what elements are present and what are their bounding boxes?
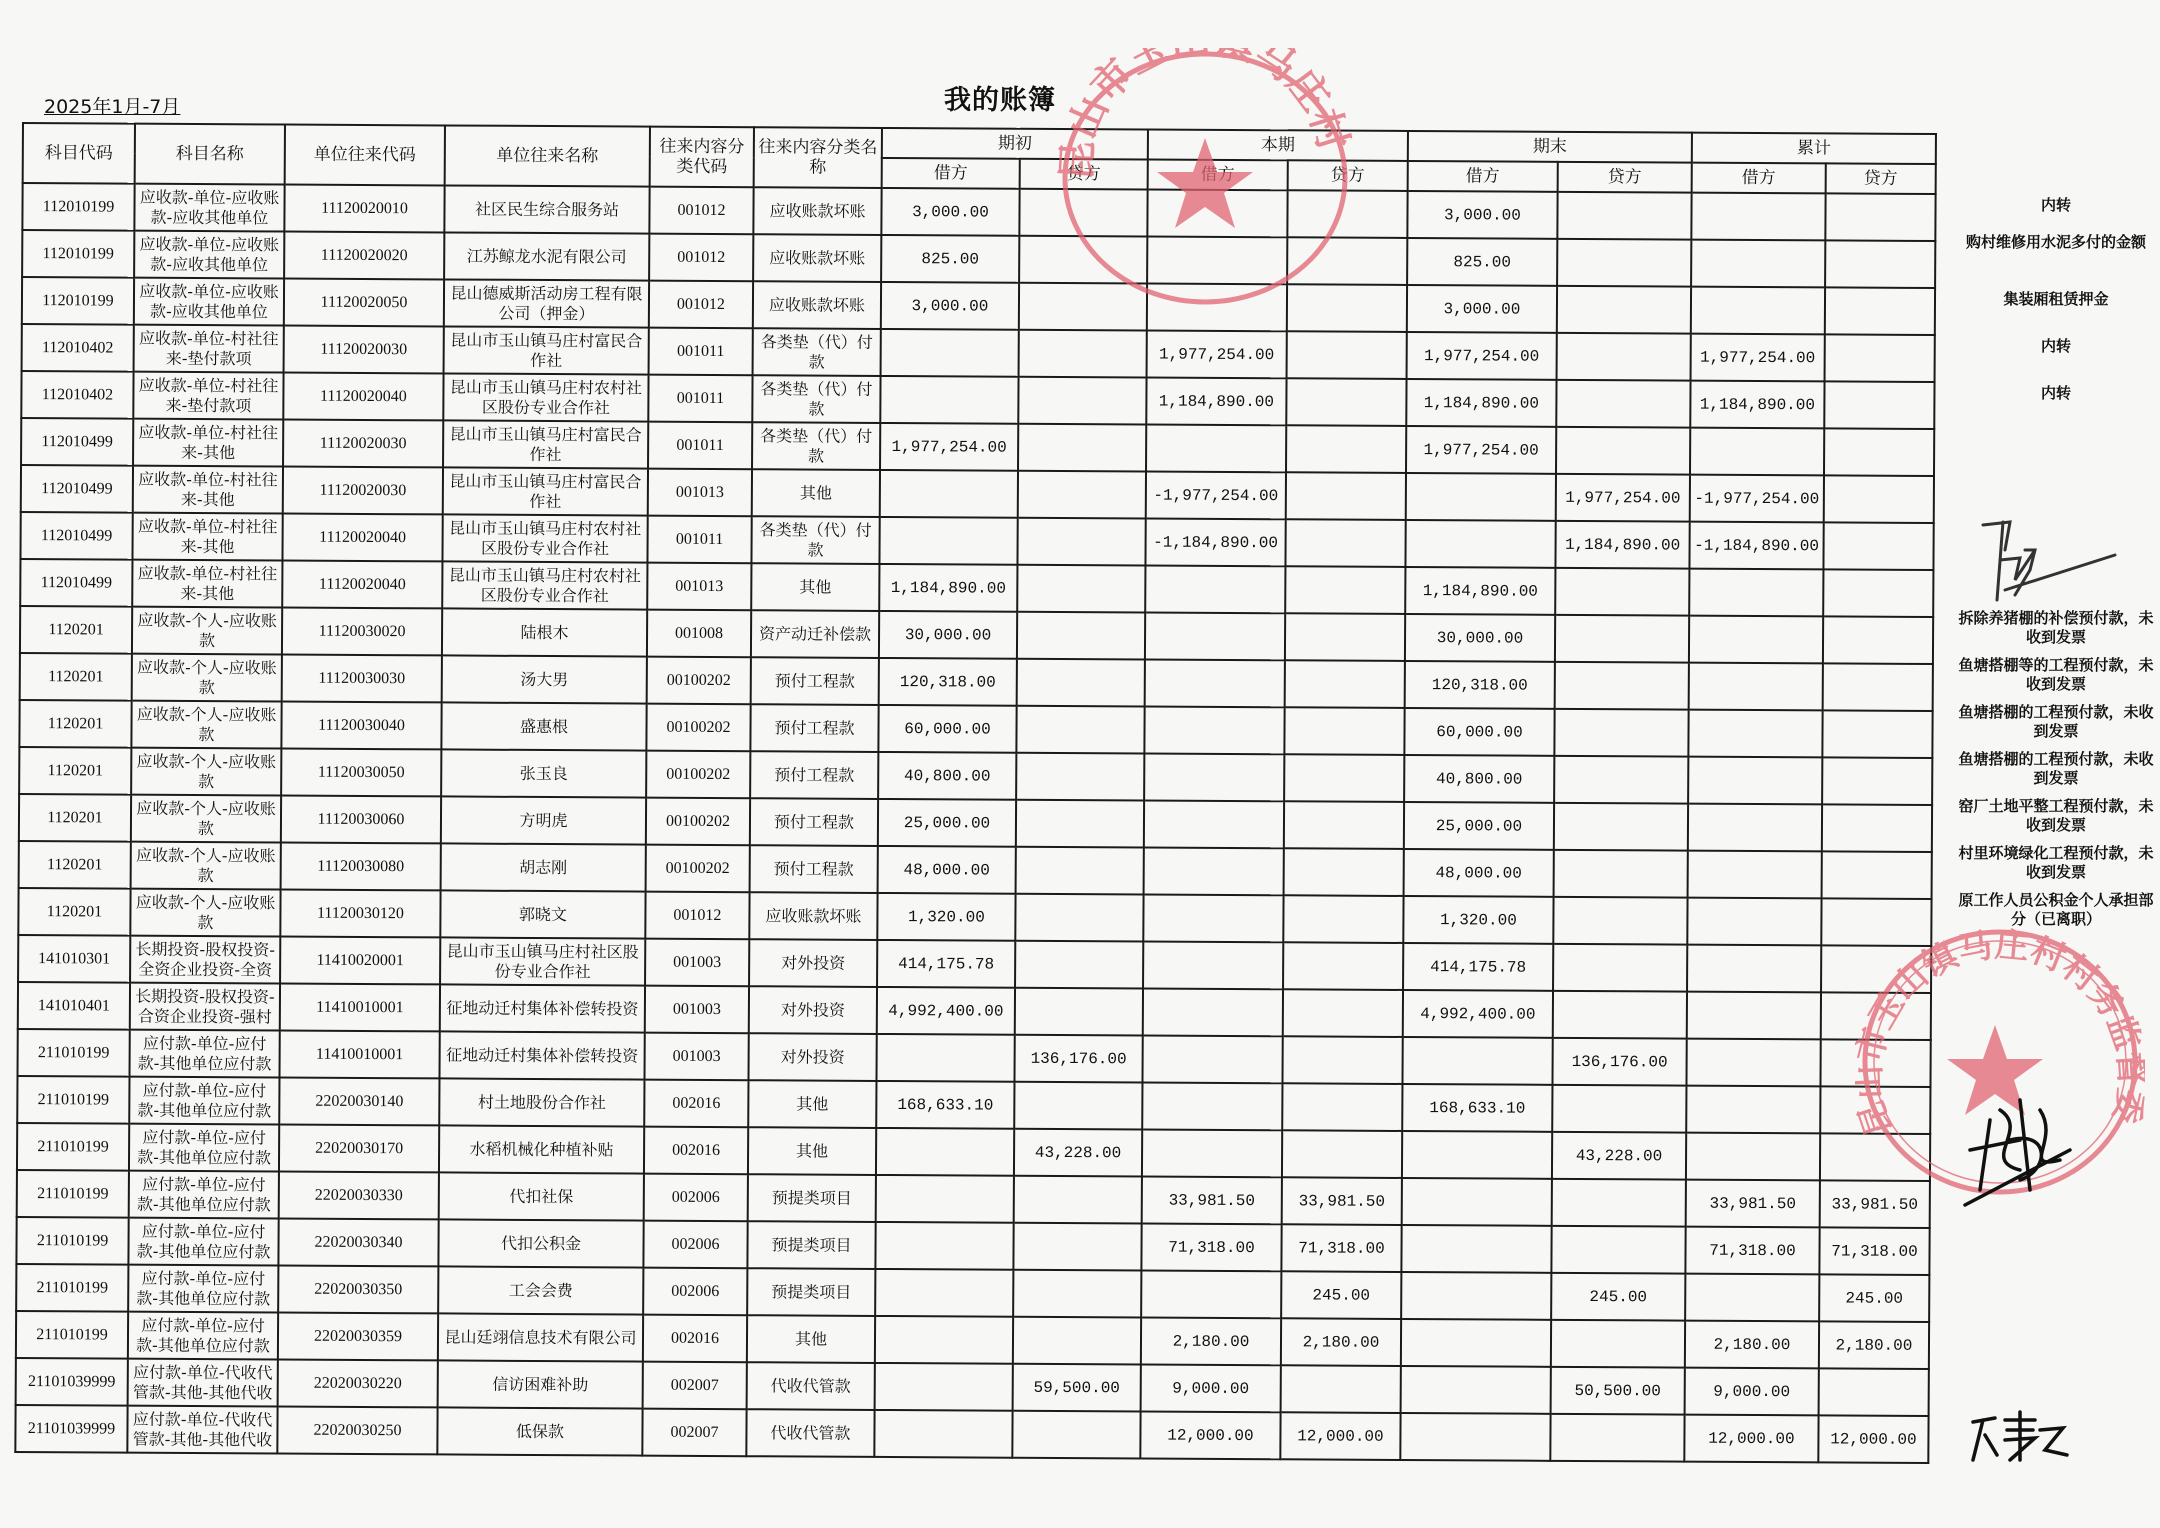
subject-code-cell: 211010199 [16, 1217, 128, 1265]
current-debit-cell: 1,184,890.00 [1146, 377, 1286, 425]
unit-code-cell: 22020030250 [277, 1406, 437, 1454]
closing-debit-cell: 60,000.00 [1404, 708, 1554, 756]
unit-code-cell: 11120020040 [282, 561, 442, 609]
opening-debit-cell: 60,000.00 [878, 705, 1016, 753]
opening-credit-cell [1013, 1270, 1141, 1318]
unit-name-cell: 社区民生综合服务站 [444, 185, 649, 233]
closing-credit-cell: 245.00 [1551, 1273, 1685, 1321]
current-credit-cell [1287, 331, 1407, 379]
subject-code-cell: 112010499 [20, 559, 132, 607]
subject-code-cell: 1120201 [19, 747, 131, 795]
category-code-cell: 001011 [647, 516, 751, 564]
cumulative-credit-cell [1823, 663, 1933, 711]
category-code-cell: 002006 [643, 1221, 747, 1269]
closing-debit-cell: 1,184,890.00 [1405, 567, 1555, 615]
subject-name-cell: 应付款-单位-应付款-其他单位应付款 [130, 1030, 280, 1078]
closing-credit-cell: 136,176.00 [1552, 1038, 1686, 1086]
unit-name-cell: 昆山市玉山镇马庄村富民合作社 [443, 467, 648, 515]
unit-code-cell: 22020030220 [278, 1359, 438, 1407]
cumulative-credit-cell [1823, 616, 1933, 664]
unit-code-cell: 22020030359 [278, 1312, 438, 1360]
closing-credit-cell [1554, 803, 1688, 851]
closing-credit-cell [1551, 1226, 1685, 1274]
current-credit-cell [1282, 1083, 1402, 1131]
subject-name-cell: 应收款-单位-应收账款-应收其他单位 [134, 231, 284, 279]
closing-credit-cell [1557, 239, 1691, 287]
subject-code-cell: 21101039999 [16, 1358, 128, 1406]
cumulative-debit-cell [1687, 945, 1821, 993]
unit-name-cell: 昆山市玉山镇马庄村富民合作社 [443, 420, 648, 468]
category-name-cell: 各类垫（代）付款 [752, 375, 880, 423]
subject-name-cell: 长期投资-股权投资-全资企业投资-全资 [130, 936, 280, 984]
category-code-cell: 002007 [642, 1409, 746, 1457]
current-credit-cell [1282, 1130, 1402, 1178]
opening-credit-cell [1016, 706, 1144, 754]
unit-code-cell: 11120030030 [282, 655, 442, 703]
category-name-cell: 应收账款坏账 [753, 187, 881, 235]
header-unit-name: 单位往来名称 [445, 125, 650, 186]
closing-credit-cell [1554, 709, 1688, 757]
current-debit-cell [1142, 1035, 1282, 1083]
current-credit-cell [1285, 660, 1405, 708]
opening-debit-cell: 1,977,254.00 [880, 423, 1018, 471]
closing-credit-cell [1554, 756, 1688, 804]
remark-note: 鱼塘搭棚的工程预付款，未收到发票 [1956, 750, 2156, 788]
current-debit-cell: 71,318.00 [1141, 1223, 1281, 1271]
header-subject-code: 科目代码 [23, 123, 135, 184]
unit-code-cell: 11120030080 [281, 843, 441, 891]
unit-code-cell: 11120020030 [283, 420, 443, 468]
subject-name-cell: 应付款-单位-代收代管款-其他-其他代收 [128, 1359, 278, 1407]
closing-debit-cell: 120,318.00 [1405, 661, 1555, 709]
subject-code-cell: 1120201 [19, 700, 131, 748]
closing-debit-cell: 1,320.00 [1403, 896, 1553, 944]
ledger-table: 科目代码 科目名称 单位往来代码 单位往来名称 往来内容分类代码 往来内容分类名… [14, 122, 1937, 1464]
category-code-cell: 001003 [645, 986, 749, 1034]
remark-note: 购村维修用水泥多付的金额 [1956, 233, 2156, 252]
remark-note: 村里环境绿化工程预付款，未收到发票 [1956, 844, 2156, 882]
opening-debit-cell: 1,184,890.00 [879, 564, 1017, 612]
cumulative-credit-cell [1822, 757, 1932, 805]
subject-code-cell: 112010499 [21, 465, 133, 513]
closing-credit-cell: 50,500.00 [1551, 1367, 1685, 1415]
category-code-cell: 002016 [643, 1315, 747, 1363]
current-debit-cell [1144, 706, 1284, 754]
opening-debit-cell [876, 1128, 1014, 1176]
subject-name-cell: 应收款-单位-应收账款-应收其他单位 [134, 184, 284, 232]
cumulative-debit-cell [1689, 616, 1823, 664]
cumulative-credit-cell [1823, 522, 1933, 570]
current-credit-cell: 12,000.00 [1280, 1412, 1400, 1460]
subject-code-cell: 211010199 [17, 1170, 129, 1218]
cumulative-credit-cell [1821, 992, 1931, 1040]
cumulative-debit-cell [1687, 898, 1821, 946]
opening-credit-cell [1012, 1411, 1140, 1459]
category-code-cell: 001013 [647, 563, 751, 611]
cumulative-debit-cell: 2,180.00 [1685, 1321, 1819, 1369]
current-credit-cell [1282, 1036, 1402, 1084]
closing-debit-cell: 825.00 [1407, 238, 1557, 286]
current-credit-cell: 71,318.00 [1281, 1224, 1401, 1272]
closing-debit-cell: 1,184,890.00 [1406, 379, 1556, 427]
subject-code-cell: 112010402 [22, 324, 134, 372]
opening-debit-cell [880, 376, 1018, 424]
cumulative-credit-cell [1820, 1133, 1930, 1181]
unit-code-cell: 11120020040 [283, 373, 443, 421]
unit-code-cell: 11120030020 [282, 608, 442, 656]
category-name-cell: 预提类项目 [747, 1268, 875, 1316]
closing-credit-cell [1556, 427, 1690, 475]
unit-name-cell: 代扣公积金 [438, 1219, 643, 1267]
unit-code-cell: 11120020050 [284, 279, 444, 327]
subject-name-cell: 应收款-个人-应收账款 [132, 607, 282, 655]
opening-debit-cell [879, 517, 1017, 565]
cumulative-debit-cell [1687, 992, 1821, 1040]
subject-code-cell: 211010199 [18, 1029, 130, 1077]
category-code-cell: 00100202 [646, 798, 750, 846]
opening-debit-cell [875, 1269, 1013, 1317]
current-debit-cell [1142, 1082, 1282, 1130]
category-name-cell: 其他 [751, 563, 879, 611]
remark-note: 拆除养猪棚的补偿预付款，未收到发票 [1956, 609, 2156, 647]
cumulative-credit-cell [1819, 1368, 1929, 1416]
opening-credit-cell [1016, 800, 1144, 848]
cumulative-credit-cell [1825, 334, 1935, 382]
current-debit-cell: 12,000.00 [1140, 1411, 1280, 1459]
unit-name-cell: 昆山市玉山镇马庄村社区股份专业合作社 [440, 937, 645, 985]
unit-name-cell: 昆山市玉山镇马庄村富民合作社 [444, 326, 649, 374]
header-current-debit: 借方 [1148, 159, 1288, 190]
unit-code-cell: 22020030170 [279, 1124, 439, 1172]
opening-credit-cell [1016, 753, 1144, 801]
cumulative-credit-cell [1823, 569, 1933, 617]
current-credit-cell [1286, 472, 1406, 520]
unit-name-cell: 昆山德威斯活动房工程有限公司（押金） [444, 279, 649, 327]
unit-code-cell: 11120030060 [281, 796, 441, 844]
unit-name-cell: 陆根木 [442, 608, 647, 656]
subject-name-cell: 应付款-单位-代收代管款-其他-其他代收 [127, 1406, 277, 1454]
current-debit-cell: 2,180.00 [1141, 1317, 1281, 1365]
cumulative-credit-cell [1825, 193, 1935, 241]
remark-note: 鱼塘搭棚的工程预付款，未收到发票 [1956, 703, 2156, 741]
cumulative-credit-cell: 12,000.00 [1818, 1415, 1928, 1463]
category-name-cell: 预提类项目 [747, 1221, 875, 1269]
unit-name-cell: 昆山市玉山镇马庄村农村社区股份专业合作社 [442, 514, 647, 562]
cumulative-debit-cell: -1,184,890.00 [1689, 522, 1823, 570]
category-code-cell: 00100202 [646, 704, 750, 752]
opening-debit-cell [875, 1316, 1013, 1364]
unit-code-cell: 11120020040 [282, 514, 442, 562]
opening-debit-cell [875, 1222, 1013, 1270]
current-debit-cell [1144, 847, 1284, 895]
closing-debit-cell [1402, 1178, 1552, 1226]
subject-name-cell: 应收款-单位-村社往来-垫付款项 [134, 325, 284, 373]
category-name-cell: 预付工程款 [750, 704, 878, 752]
current-credit-cell [1284, 801, 1404, 849]
closing-credit-cell [1555, 568, 1689, 616]
current-debit-cell: 33,981.50 [1142, 1176, 1282, 1224]
current-debit-cell: 1,977,254.00 [1147, 330, 1287, 378]
current-debit-cell [1143, 988, 1283, 1036]
opening-debit-cell: 25,000.00 [878, 799, 1016, 847]
subject-name-cell: 应付款-单位-应付款-其他单位应付款 [129, 1077, 279, 1125]
subject-code-cell: 211010199 [16, 1264, 128, 1312]
current-debit-cell [1142, 1129, 1282, 1177]
cumulative-debit-cell [1691, 287, 1825, 335]
cumulative-credit-cell [1824, 381, 1934, 429]
closing-debit-cell: 3,000.00 [1407, 285, 1557, 333]
category-code-cell: 001012 [645, 892, 749, 940]
category-name-cell: 各类垫（代）付款 [753, 328, 881, 376]
unit-name-cell: 郭晓文 [440, 890, 645, 938]
cumulative-credit-cell [1822, 804, 1932, 852]
current-credit-cell [1283, 989, 1403, 1037]
closing-debit-cell: 25,000.00 [1404, 802, 1554, 850]
header-closing-credit: 贷方 [1558, 162, 1692, 193]
closing-credit-cell: 43,228.00 [1552, 1132, 1686, 1180]
subject-code-cell: 1120201 [19, 841, 131, 889]
category-name-cell: 应收账款坏账 [749, 892, 877, 940]
ledger-body: 112010199应收款-单位-应收账款-应收其他单位11120020010社区… [15, 183, 1935, 1463]
subject-name-cell: 长期投资-股权投资-合资企业投资-强村 [130, 983, 280, 1031]
current-debit-cell [1141, 1270, 1281, 1318]
opening-credit-cell [1015, 988, 1143, 1036]
unit-name-cell: 代扣社保 [439, 1172, 644, 1220]
subject-name-cell: 应收款-单位-村社往来-其他 [132, 513, 282, 561]
current-debit-cell: -1,184,890.00 [1145, 518, 1285, 566]
category-code-cell: 001008 [647, 610, 751, 658]
subject-name-cell: 应收款-个人-应收账款 [130, 889, 280, 937]
remark-note: 集装厢租赁押金 [1956, 290, 2156, 309]
unit-code-cell: 11120030040 [281, 702, 441, 750]
header-category-code: 往来内容分类代码 [650, 127, 754, 188]
opening-credit-cell [1015, 941, 1143, 989]
opening-debit-cell [876, 1175, 1014, 1223]
opening-debit-cell [880, 470, 1018, 518]
current-credit-cell [1284, 754, 1404, 802]
category-name-cell: 其他 [748, 1127, 876, 1175]
category-code-cell: 00100202 [646, 751, 750, 799]
opening-credit-cell [1019, 330, 1147, 378]
category-code-cell: 00100202 [646, 845, 750, 893]
unit-code-cell: 22020030330 [279, 1171, 439, 1219]
closing-credit-cell [1551, 1320, 1685, 1368]
closing-debit-cell: 3,000.00 [1407, 191, 1557, 239]
current-debit-cell [1147, 236, 1287, 284]
current-debit-cell [1143, 941, 1283, 989]
current-credit-cell [1285, 566, 1405, 614]
cumulative-debit-cell [1691, 240, 1825, 288]
opening-debit-cell: 825.00 [881, 235, 1019, 283]
opening-credit-cell [1013, 1223, 1141, 1271]
unit-name-cell: 征地动迁村集体补偿转投资 [440, 984, 645, 1032]
subject-name-cell: 应收款-个人-应收账款 [132, 654, 282, 702]
current-credit-cell: 33,981.50 [1282, 1177, 1402, 1225]
current-debit-cell [1143, 894, 1283, 942]
opening-credit-cell [1014, 1176, 1142, 1224]
subject-code-cell: 112010199 [22, 183, 134, 231]
current-credit-cell: 245.00 [1281, 1271, 1401, 1319]
cumulative-debit-cell [1688, 851, 1822, 899]
opening-debit-cell: 3,000.00 [881, 188, 1019, 236]
closing-credit-cell [1555, 662, 1689, 710]
closing-credit-cell [1550, 1414, 1684, 1462]
category-name-cell: 预付工程款 [750, 798, 878, 846]
current-credit-cell [1287, 190, 1407, 238]
closing-debit-cell [1400, 1413, 1550, 1461]
cumulative-debit-cell: -1,977,254.00 [1690, 475, 1824, 523]
closing-debit-cell [1406, 473, 1556, 521]
closing-credit-cell [1553, 897, 1687, 945]
category-code-cell: 001012 [649, 281, 753, 329]
unit-name-cell: 昆山市玉山镇马庄村农村社区股份专业合作社 [442, 561, 647, 609]
current-credit-cell [1281, 1365, 1401, 1413]
category-code-cell: 00100202 [647, 657, 751, 705]
header-subject-name: 科目名称 [135, 124, 285, 185]
cumulative-debit-cell [1688, 757, 1822, 805]
remark-note: 内转 [1956, 337, 2156, 356]
opening-credit-cell [1017, 518, 1145, 566]
cumulative-debit-cell [1686, 1133, 1820, 1181]
current-debit-cell [1145, 659, 1285, 707]
unit-name-cell: 方明虎 [441, 796, 646, 844]
subject-name-cell: 应收款-个人-应收账款 [131, 842, 281, 890]
category-name-cell: 对外投资 [748, 1033, 876, 1081]
opening-debit-cell: 3,000.00 [881, 282, 1019, 330]
category-code-cell: 001011 [648, 422, 752, 470]
category-code-cell: 002016 [644, 1080, 748, 1128]
current-credit-cell [1283, 895, 1403, 943]
subject-code-cell: 1120201 [20, 606, 132, 654]
header-current: 本期 [1148, 129, 1408, 160]
current-credit-cell [1285, 613, 1405, 661]
cumulative-debit-cell: 1,977,254.00 [1691, 334, 1825, 382]
category-name-cell: 其他 [752, 469, 880, 517]
unit-name-cell: 村土地股份合作社 [439, 1078, 644, 1126]
opening-debit-cell [875, 1363, 1013, 1411]
opening-debit-cell [874, 1410, 1012, 1458]
subject-name-cell: 应收款-单位-村社往来-其他 [132, 560, 282, 608]
closing-credit-cell [1553, 944, 1687, 992]
cumulative-debit-cell [1690, 428, 1824, 476]
unit-name-cell: 征地动迁村集体补偿转投资 [439, 1031, 644, 1079]
unit-code-cell: 11120020030 [283, 467, 443, 515]
opening-credit-cell [1017, 659, 1145, 707]
category-code-cell: 002016 [644, 1127, 748, 1175]
subject-name-cell: 应收款-单位-村社往来-其他 [133, 419, 283, 467]
category-name-cell: 各类垫（代）付款 [752, 422, 880, 470]
cumulative-debit-cell [1689, 569, 1823, 617]
header-closing: 期末 [1408, 131, 1692, 163]
current-credit-cell [1284, 707, 1404, 755]
current-debit-cell [1145, 565, 1285, 613]
closing-debit-cell: 168,633.10 [1402, 1084, 1552, 1132]
category-code-cell: 001012 [649, 187, 753, 235]
closing-credit-cell [1552, 1179, 1686, 1227]
closing-debit-cell [1405, 520, 1555, 568]
closing-debit-cell [1401, 1366, 1551, 1414]
closing-debit-cell: 414,175.78 [1403, 943, 1553, 991]
closing-debit-cell [1401, 1319, 1551, 1367]
cumulative-debit-cell [1685, 1274, 1819, 1322]
opening-debit-cell: 40,800.00 [878, 752, 1016, 800]
category-code-cell: 001012 [649, 234, 753, 282]
cumulative-credit-cell [1824, 475, 1934, 523]
subject-name-cell: 应收款-个人-应收账款 [131, 701, 281, 749]
category-name-cell: 预付工程款 [750, 751, 878, 799]
category-name-cell: 各类垫（代）付款 [751, 516, 879, 564]
subject-code-cell: 112010499 [20, 512, 132, 560]
current-debit-cell [1144, 800, 1284, 848]
remark-note: 原工作人员公积金个人承担部分（已离职） [1956, 891, 2156, 929]
current-credit-cell [1285, 519, 1405, 567]
closing-debit-cell: 1,977,254.00 [1407, 332, 1557, 380]
cumulative-credit-cell [1820, 1039, 1930, 1087]
cumulative-debit-cell: 12,000.00 [1684, 1415, 1818, 1463]
opening-debit-cell [876, 1034, 1014, 1082]
unit-name-cell: 张玉良 [441, 749, 646, 797]
unit-name-cell: 工会会费 [438, 1266, 643, 1314]
opening-credit-cell [1016, 847, 1144, 895]
subject-code-cell: 211010199 [17, 1123, 129, 1171]
category-name-cell: 应收账款坏账 [753, 234, 881, 282]
unit-code-cell: 11410010001 [280, 1030, 440, 1078]
signature-1 [1975, 510, 2125, 610]
remark-note: 内转 [1956, 384, 2156, 403]
current-credit-cell [1284, 848, 1404, 896]
category-name-cell: 预付工程款 [750, 845, 878, 893]
cumulative-credit-cell: 33,981.50 [1820, 1180, 1930, 1228]
unit-code-cell: 11120020030 [284, 326, 444, 374]
unit-name-cell: 水稻机械化种植补贴 [439, 1125, 644, 1173]
current-debit-cell [1147, 283, 1287, 331]
header-opening: 期初 [882, 128, 1148, 160]
subject-name-cell: 应付款-单位-应付款-其他单位应付款 [128, 1312, 278, 1360]
signature-2 [1960, 1080, 2080, 1210]
closing-credit-cell: 1,184,890.00 [1555, 521, 1689, 569]
unit-code-cell: 11410010001 [280, 984, 440, 1032]
category-name-cell: 代收代管款 [746, 1409, 874, 1457]
category-code-cell: 002007 [643, 1362, 747, 1410]
cumulative-debit-cell [1689, 663, 1823, 711]
cumulative-credit-cell [1821, 945, 1931, 993]
opening-credit-cell [1019, 283, 1147, 331]
subject-name-cell: 应收款-单位-村社往来-垫付款项 [133, 372, 283, 420]
signature-3 [1965, 1410, 2075, 1470]
closing-credit-cell: 1,977,254.00 [1556, 474, 1690, 522]
closing-credit-cell [1554, 850, 1688, 898]
subject-code-cell: 1120201 [18, 888, 130, 936]
unit-code-cell: 22020030140 [279, 1077, 439, 1125]
opening-credit-cell [1015, 894, 1143, 942]
closing-credit-cell [1557, 333, 1691, 381]
cumulative-debit-cell [1688, 710, 1822, 758]
table-row: 21101039999应付款-单位-代收代管款-其他-其他代收220200302… [15, 1405, 1928, 1463]
cumulative-credit-cell [1824, 428, 1934, 476]
cumulative-credit-cell [1825, 240, 1935, 288]
category-name-cell: 对外投资 [749, 939, 877, 987]
subject-name-cell: 应收款-单位-村社往来-其他 [133, 466, 283, 514]
unit-code-cell: 22020030340 [278, 1218, 438, 1266]
current-debit-cell [1144, 753, 1284, 801]
subject-name-cell: 应收款-个人-应收账款 [131, 748, 281, 796]
cumulative-credit-cell [1822, 710, 1932, 758]
current-credit-cell [1286, 378, 1406, 426]
subject-code-cell: 112010402 [21, 371, 133, 419]
closing-debit-cell: 4,992,400.00 [1403, 990, 1553, 1038]
opening-credit-cell: 59,500.00 [1013, 1364, 1141, 1412]
ledger-page: 2025年1月-7月 我的账簿 科目代码 科目名称 单位往来代码 单位往来名称 … [0, 0, 2160, 1528]
